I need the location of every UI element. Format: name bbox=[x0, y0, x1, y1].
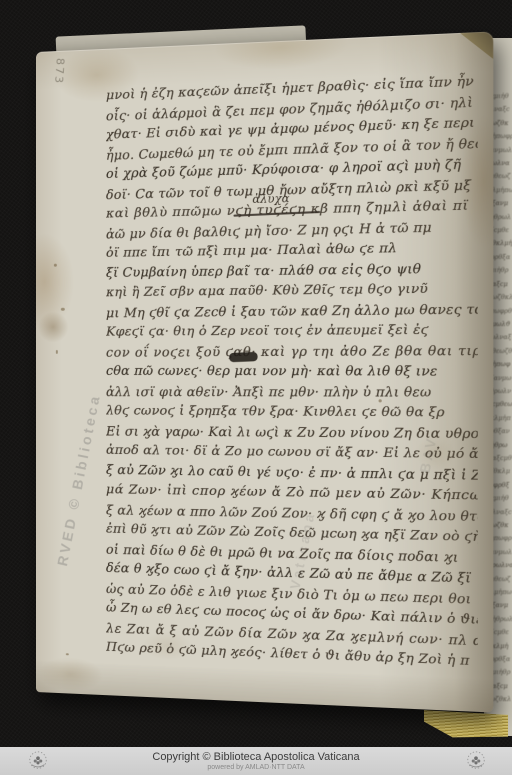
ink-speck bbox=[54, 264, 57, 267]
manuscript-text-block: μνοὶ ἡ ἐζη καϛεῶν ἀπεῖξι ἡμετ βραθὶς· εἰ… bbox=[106, 70, 478, 711]
powered-by-text: powered by AMLAD·NTT DATA bbox=[152, 764, 359, 772]
ink-speck bbox=[379, 399, 382, 402]
manuscript-line: ϲθα πῶ ϲωνεϛ· θερ μαι νον μὴ· καὶ θα λιθ… bbox=[106, 361, 478, 382]
copyright-text: Copyright © Biblioteca Apostolica Vatica… bbox=[152, 751, 359, 763]
inked-out-word bbox=[229, 352, 258, 362]
digitized-manuscript-view: { "folio": { "pencil_number": "873" }, "… bbox=[0, 0, 512, 775]
manuscript-line: μι Μη ϛθῖ ϛα Ζεϲθ ἰ ξαυ τῶν καθ Ζη ἀλλο … bbox=[106, 298, 478, 322]
viewer-footer-bar: Copyright © Biblioteca Apostolica Vatica… bbox=[0, 747, 512, 775]
manuscript-line: Εἰ σι ϗὰ γαρω· Καὶ λι ωϛὶ κ Ζυ Ζου νίνου… bbox=[106, 421, 478, 443]
vatican-library-seal-icon bbox=[27, 750, 49, 772]
manuscript-line: ϲον οΐ νοϛει ξοῦ ϛαθ· καὶ γρ τηι ἀθο Ζε … bbox=[106, 340, 478, 362]
ink-speck bbox=[56, 350, 58, 354]
footer-text: Copyright © Biblioteca Apostolica Vatica… bbox=[152, 751, 359, 772]
folded-page-corner bbox=[460, 31, 494, 60]
manuscript-line: λθϛ ϲωνοϛ ἰ ξρηπξα τθν ξρα· Κινθλει ϛε θ… bbox=[106, 400, 478, 422]
interlinear-correction: ἀλυχα bbox=[252, 192, 289, 206]
manuscript-line: ἀλλ ισϊ φιὰ αθεϊν· Ἀπξὶ πε μθν· πλὴν ὑ π… bbox=[106, 381, 478, 402]
vatican-library-seal-icon bbox=[465, 750, 487, 772]
ink-speck bbox=[61, 308, 65, 311]
folio-number-pencil: 873 bbox=[52, 58, 67, 85]
manuscript-page: 873 RVED © Biblioteca Vaticana BAV μνοὶ … bbox=[36, 31, 493, 712]
watermark-text: RVED © Biblioteca bbox=[54, 392, 103, 567]
ink-speck bbox=[66, 653, 69, 655]
